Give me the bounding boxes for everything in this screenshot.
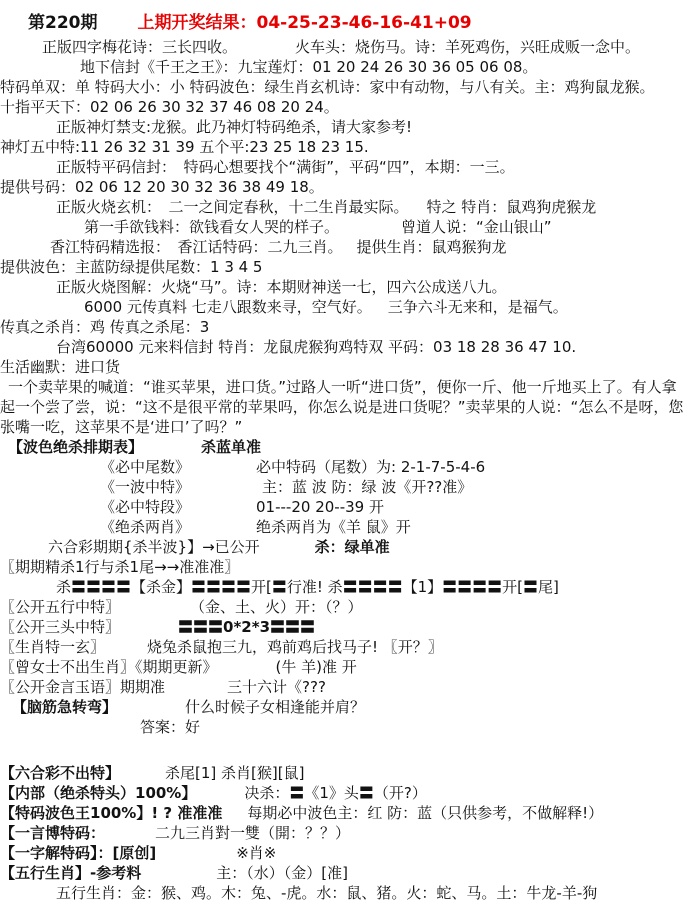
text-line: 【脑筋急转弯】什么时候子女相逢能并肩？ <box>0 697 688 717</box>
text-line: 六合彩期期{杀半波}】→已公开杀：绿单准 <box>0 537 688 557</box>
text-segment: 《必中特段》 <box>100 497 190 517</box>
lottery-tip-sheet: 第220期上期开奖结果：04-25-23-46-16-41+09正版四字梅花诗：… <box>0 0 688 903</box>
text-segment: 绝杀两肖为《羊 鼠》开 <box>256 517 411 537</box>
text-line: 神灯五中特:11 26 32 31 39 五个平:23 25 18 23 15. <box>0 137 688 157</box>
text-line: 香江特码精选报： 香江话特码：二九三肖。提供生肖：鼠鸡猴狗龙 <box>0 237 688 257</box>
text-segment: 提供波色：主蓝防绿提供尾数：1 3 4 5 <box>0 257 262 277</box>
text-segment: 〓〓〓0*2*3〓〓〓 <box>178 617 315 637</box>
text-segment: 提供号码：02 06 12 20 30 32 36 38 49 18。 <box>0 177 324 197</box>
text-segment: (牛 羊)准 开 <box>276 657 357 677</box>
text-segment: 二九三肖對一雙（開：？？） <box>155 823 350 843</box>
text-segment: 杀：绿单准 <box>315 537 390 557</box>
text-segment: 【特码波色王100%】! ? 准准准 <box>0 803 222 823</box>
document-body: 第220期上期开奖结果：04-25-23-46-16-41+09正版四字梅花诗：… <box>0 10 688 903</box>
text-segment: 主：蓝 波 防：绿 波《开??准》 <box>262 477 472 497</box>
text-segment: 决杀：〓《1》头〓（开?） <box>244 783 427 803</box>
text-line: 生活幽默：进口货 <box>0 357 688 377</box>
text-line: 【内部（绝杀特头）100%】决杀：〓《1》头〓（开?） <box>0 783 688 803</box>
text-line: 十指平天下：02 06 26 30 32 37 46 08 20 24。 <box>0 97 688 117</box>
text-segment: 01---20 20--39 开 <box>256 497 384 517</box>
text-line: 一个卖苹果的喊道：“谁买苹果，进口货。”过路人一听“进口货”，便你一斤、他一斤地… <box>0 377 688 397</box>
text-line: 6000 元传真料 七走八跟数来寻，空气好。三争六斗无来和，是福气。 <box>0 297 688 317</box>
text-segment: 什么时候子女相逢能并肩？ <box>185 697 365 717</box>
text-line: 正版火烧图解：火烧“马”。诗：本期财神送一七，四六公成送八九。 <box>0 277 688 297</box>
text-line: 张嘴一吃，这苹果不是‘进口’了吗？” <box>0 417 688 437</box>
text-line: 〖期期精杀1行与杀1尾→→准准准〗 <box>0 557 688 577</box>
text-line: 提供号码：02 06 12 20 30 32 36 38 49 18。 <box>0 177 688 197</box>
spacer <box>0 737 688 763</box>
text-segment: 神灯五中特:11 26 32 31 39 五个平:23 25 18 23 15. <box>0 137 369 157</box>
text-segment: 必中特码（尾数）为: 2-1-7-5-4-6 <box>256 457 485 477</box>
text-segment: 传真之杀肖：鸡 传真之杀尾：3 <box>0 317 209 337</box>
text-line: 传真之杀肖：鸡 传真之杀尾：3 <box>0 317 688 337</box>
text-segment: 特码单双：单 特码大小：小 特码波色：绿生肖玄机诗：家中有动物，与八有关。主：鸡… <box>0 77 655 97</box>
text-segment: 香江特码精选报： 香江话特码：二九三肖。 <box>50 237 343 257</box>
text-segment: 〖曾女士不出生肖〗《期期更新》 <box>0 657 218 677</box>
text-segment: 〖公开三头中特〗 <box>0 617 120 637</box>
text-segment: 提供生肖：鼠鸡猴狗龙 <box>357 237 507 257</box>
text-segment: 【六合彩不出特】 <box>0 763 120 783</box>
text-segment: 三争六斗无来和，是福气。 <box>388 297 568 317</box>
text-segment: 6000 元传真料 七走八跟数来寻，空气好。 <box>84 297 372 317</box>
text-segment: 正版火烧图解：火烧“马”。诗：本期财神送一七，四六公成送八九。 <box>56 277 507 297</box>
text-line: 地下信封《千王之王》：九宝莲灯：01 20 24 26 30 36 05 06 … <box>0 57 688 77</box>
text-line: 《一波中特》主：蓝 波 防：绿 波《开??准》 <box>0 477 688 497</box>
text-segment: 正版四字梅花诗：三长四收。 <box>42 37 237 57</box>
text-line: 〖曾女士不出生肖〗《期期更新》(牛 羊)准 开 <box>0 657 688 677</box>
text-segment: 第一手欲钱料：欲钱看女人哭的样子。 <box>84 217 339 237</box>
text-line: 答案：好 <box>0 717 688 737</box>
text-segment: 《一波中特》 <box>100 477 190 497</box>
text-segment: 主：（水）（金）[准] <box>216 863 348 883</box>
text-line: 起一个尝了尝，说：“这不是很平常的苹果吗，你怎么说是进口货呢？”卖苹果的人说：“… <box>0 397 688 417</box>
text-line: 台湾60000 元来料信封 特肖：龙鼠虎猴狗鸡特双 平码：03 18 28 36… <box>0 337 688 357</box>
text-segment: 杀蓝单准 <box>201 437 261 457</box>
text-segment: （金、土、火）开：（？） <box>190 597 363 617</box>
text-line: 【五行生肖】-参考料主：（水）（金）[准] <box>0 863 688 883</box>
text-segment: 〖公开金言玉语〗期期准 <box>0 677 165 697</box>
text-line: 《必中尾数》必中特码（尾数）为: 2-1-7-5-4-6 <box>0 457 688 477</box>
text-segment: 【内部（绝杀特头）100%】 <box>0 783 196 803</box>
text-segment: 〖期期精杀1行与杀1尾→→准准准〗 <box>0 557 239 577</box>
text-line: 杀〓〓〓〓【杀金】〓〓〓〓开[〓行准! 杀〓〓〓〓【1】〓〓〓〓开[〓尾] <box>0 577 688 597</box>
header-line: 第220期上期开奖结果：04-25-23-46-16-41+09 <box>0 10 688 37</box>
text-segment: 正版神灯禁支:龙猴。此乃神灯特码绝杀，请大家参考! <box>56 117 412 137</box>
text-line: 《绝杀两肖》绝杀两肖为《羊 鼠》开 <box>0 517 688 537</box>
text-line: 【波色绝杀排期表】杀蓝单准 <box>0 437 688 457</box>
text-segment: 答案：好 <box>140 717 200 737</box>
last-draw-result: 上期开奖结果：04-25-23-46-16-41+09 <box>138 10 472 37</box>
text-segment: 三十六计《??? <box>227 677 326 697</box>
text-segment: ※肖※ <box>236 843 276 863</box>
text-line: 《必中特段》01---20 20--39 开 <box>0 497 688 517</box>
text-segment: 特之 特肖：鼠鸡狗虎猴龙 <box>427 197 597 217</box>
text-segment: 《绝杀两肖》 <box>100 517 190 537</box>
text-line: 〖生肖特一玄〗烧兔杀鼠抱三九，鸡前鸡后找马子! 〖开？〗 <box>0 637 688 657</box>
text-segment: 正版特平码信封： 特码心想要找个“满街”，平码“四”，本期：一三。 <box>56 157 515 177</box>
text-line: 特码单双：单 特码大小：小 特码波色：绿生肖玄机诗：家中有动物，与八有关。主：鸡… <box>0 77 688 97</box>
text-segment: 台湾60000 元来料信封 特肖：龙鼠虎猴狗鸡特双 平码：03 18 28 36… <box>56 337 576 357</box>
text-segment: 【脑筋急转弯】 <box>12 697 117 717</box>
text-segment: 〖公开五行中特〗 <box>0 597 120 617</box>
text-segment: 正版火烧玄机： 二一之间定春秋，十二生肖最实际。 <box>56 197 409 217</box>
text-segment: 生活幽默：进口货 <box>0 357 120 377</box>
text-segment: 杀尾[1] 杀肖[猴][鼠] <box>165 763 304 783</box>
text-line: 正版神灯禁支:龙猴。此乃神灯特码绝杀，请大家参考! <box>0 117 688 137</box>
text-line: 正版特平码信封： 特码心想要找个“满街”，平码“四”，本期：一三。 <box>0 157 688 177</box>
text-line: 〖公开三头中特〗〓〓〓0*2*3〓〓〓 <box>0 617 688 637</box>
text-segment: 张嘴一吃，这苹果不是‘进口’了吗？” <box>0 417 242 437</box>
text-segment: 【一字解特码】：[原创] <box>0 843 156 863</box>
text-segment: 五行生肖：金：猴、鸡。木：兔、-虎。水：鼠、猪。火：蛇、马。土：牛龙-羊-狗 <box>56 883 597 903</box>
text-line: 五行生肖：金：猴、鸡。木：兔、-虎。水：鼠、猪。火：蛇、马。土：牛龙-羊-狗 <box>0 883 688 903</box>
text-segment: 火车头：烧伤马。诗：羊死鸡伤，兴旺成贩一念中。 <box>295 37 640 57</box>
period-number: 第220期 <box>28 10 98 37</box>
text-line: 正版四字梅花诗：三长四收。火车头：烧伤马。诗：羊死鸡伤，兴旺成贩一念中。 <box>0 37 688 57</box>
text-segment: 十指平天下：02 06 26 30 32 37 46 08 20 24。 <box>0 97 339 117</box>
text-line: 〖公开金言玉语〗期期准三十六计《??? <box>0 677 688 697</box>
text-segment: 【一言博特码： <box>0 823 105 843</box>
text-line: 提供波色：主蓝防绿提供尾数：1 3 4 5 <box>0 257 688 277</box>
text-segment: 六合彩期期{杀半波}】→已公开 <box>48 537 260 557</box>
text-line: 第一手欲钱料：欲钱看女人哭的样子。曾道人说：“金山银山” <box>0 217 688 237</box>
text-segment: 一个卖苹果的喊道：“谁买苹果，进口货。”过路人一听“进口货”，便你一斤、他一斤地… <box>8 377 677 397</box>
text-segment: 起一个尝了尝，说：“这不是很平常的苹果吗，你怎么说是进口货呢？”卖苹果的人说：“… <box>0 397 683 417</box>
text-segment: 地下信封《千王之王》：九宝莲灯：01 20 24 26 30 36 05 06 … <box>80 57 537 77</box>
text-line: 【特码波色王100%】! ? 准准准每期必中波色主：红 防：蓝（只供参考，不做解… <box>0 803 688 823</box>
text-line: 〖公开五行中特〗（金、土、火）开：（？） <box>0 597 688 617</box>
text-segment: 烧兔杀鼠抱三九，鸡前鸡后找马子! 〖开？〗 <box>147 637 443 657</box>
text-line: 【一字解特码】：[原创]※肖※ <box>0 843 688 863</box>
text-line: 【六合彩不出特】杀尾[1] 杀肖[猴][鼠] <box>0 763 688 783</box>
text-segment: 〖生肖特一玄〗 <box>0 637 105 657</box>
text-segment: 【波色绝杀排期表】 <box>8 437 143 457</box>
text-line: 【一言博特码：二九三肖對一雙（開：？？） <box>0 823 688 843</box>
text-segment: 【五行生肖】-参考料 <box>0 863 141 883</box>
text-segment: 《必中尾数》 <box>100 457 190 477</box>
text-segment: 曾道人说：“金山银山” <box>401 217 552 237</box>
text-line: 正版火烧玄机： 二一之间定春秋，十二生肖最实际。特之 特肖：鼠鸡狗虎猴龙 <box>0 197 688 217</box>
text-segment: 杀〓〓〓〓【杀金】〓〓〓〓开[〓行准! 杀〓〓〓〓【1】〓〓〓〓开[〓尾] <box>56 577 559 597</box>
text-segment: 每期必中波色主：红 防：蓝（只供参考，不做解释!） <box>247 803 603 823</box>
